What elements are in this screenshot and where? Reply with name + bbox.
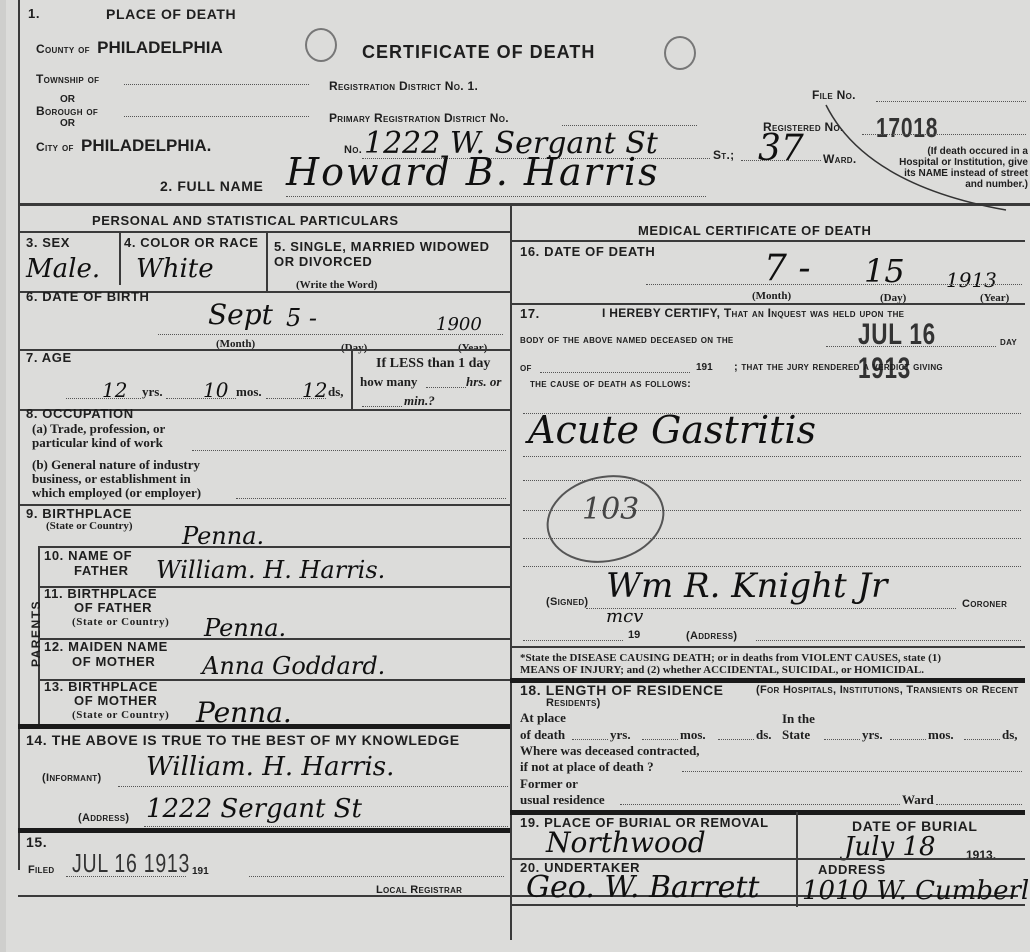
age-days-field[interactable] <box>266 398 326 399</box>
full-name-field[interactable] <box>286 196 706 197</box>
township-field[interactable] <box>124 84 309 85</box>
thick-divider <box>18 828 510 833</box>
father-bp-line1: 11. BIRTHPLACE <box>44 587 169 601</box>
residence-state-ds-field[interactable] <box>964 739 1000 740</box>
signature-subscript: mcv <box>606 606 643 627</box>
informant-address-value: 1222 Sergant St <box>146 794 362 824</box>
dod-month-value: 7 - <box>764 248 811 289</box>
informant-label: (Informant) <box>42 772 101 784</box>
occupation-trade-field[interactable] <box>192 450 506 451</box>
local-registrar-field[interactable] <box>249 876 504 877</box>
city-row: City of PHILADELPHIA. <box>36 136 211 156</box>
occupation-industry-field[interactable] <box>236 498 506 499</box>
punch-hole-left <box>305 28 337 62</box>
sex-value: Male. <box>26 254 100 284</box>
certify-section-number: 17. <box>520 306 540 321</box>
note-line1: *State the DISEASE CAUSING DEATH; or in … <box>520 652 1025 664</box>
parents-vertical-label: PARENTS <box>29 607 43 667</box>
city-label: City of <box>36 140 74 154</box>
full-name-label: 2. FULL NAME <box>160 178 263 194</box>
father-name-value: William. H. Harris. <box>156 556 385 584</box>
less-than-day-text: If LESS than 1 day <box>376 356 490 372</box>
personal-heading: PERSONAL AND STATISTICAL PARTICULARS <box>92 213 399 228</box>
residence-state-yrs-field[interactable] <box>824 739 860 740</box>
divider <box>510 240 1025 242</box>
marital-hint: (Write the Word) <box>296 279 377 291</box>
undertaker-value: Geo. W. Barrett <box>526 870 759 905</box>
hrs-or-label: hrs. or <box>466 374 501 390</box>
certify-191: 191 <box>696 362 713 373</box>
min-label: min.? <box>404 393 435 409</box>
coroner-address-field[interactable] <box>756 640 1021 641</box>
county-value: PHILADELPHIA <box>97 38 223 57</box>
certify-line3: ; that the jury rendered a verdict givin… <box>734 361 943 373</box>
mother-birthplace-label: 13. BIRTHPLACE OF MOTHER (State or Count… <box>44 680 169 722</box>
dob-year-value: 1900 <box>436 314 482 335</box>
occ-b-line2: business, or establishment in <box>32 472 201 486</box>
dob-field[interactable] <box>158 334 503 335</box>
ds-label: ds, <box>328 384 344 400</box>
occupation-a-label: (a) Trade, profession, or particular kin… <box>32 422 165 450</box>
mother-bp-line2: OF MOTHER <box>44 694 169 708</box>
inquest-month-field[interactable] <box>540 372 690 373</box>
mother-name-line2: OF MOTHER <box>44 654 168 669</box>
residence-yrs-label: yrs. <box>610 727 631 743</box>
township-label: Township of <box>36 72 99 86</box>
state-mos-label: mos. <box>928 727 954 743</box>
filed-label: Filed <box>28 864 54 876</box>
father-name-line1: 10. NAME OF <box>44 548 132 563</box>
center-divider <box>510 205 512 940</box>
note-line2: MEANS OF INJURY; and (2) whether ACCIDEN… <box>520 664 1025 676</box>
dod-month-hint: (Month) <box>752 290 791 302</box>
filed-section-number: 15. <box>26 834 47 850</box>
full-name-value: Howard B. Harris <box>286 150 660 194</box>
former-label-1: Former or <box>520 776 578 792</box>
county-label: County of <box>36 42 90 56</box>
mos-label: mos. <box>236 384 262 400</box>
cause-code-value: 103 <box>582 492 639 527</box>
residence-state-mos-field[interactable] <box>890 739 926 740</box>
how-many-label: how many <box>360 374 417 390</box>
cert-date-field[interactable] <box>523 640 623 641</box>
certificate-title: CERTIFICATE OF DEATH <box>362 42 595 63</box>
borough-row: Borough of <box>36 104 98 118</box>
filed-date-stamp: JUL 16 1913 <box>72 848 190 879</box>
occ-a-line1: (a) Trade, profession, or <box>32 422 165 436</box>
divider <box>510 904 1025 906</box>
age-years-field[interactable] <box>66 398 141 399</box>
undertaker-address-label: ADDRESS <box>818 862 886 877</box>
borough-label: Borough of <box>36 104 98 118</box>
in-the-label: In the <box>782 711 815 727</box>
left-border <box>18 0 20 870</box>
informant-field[interactable] <box>118 786 508 787</box>
residence-sub: (For Hospitals, Institutions, Transients… <box>546 684 1026 710</box>
contracted-label-1: Where was deceased contracted, <box>520 743 700 759</box>
dob-day-value: 5 - <box>286 304 317 332</box>
of-death-label: of death <box>520 727 565 743</box>
pen-stroke-mark <box>806 95 1026 215</box>
residence-place-yrs-field[interactable] <box>572 739 608 740</box>
coroner-address-label: (Address) <box>686 630 737 642</box>
marital-label: 5. SINGLE, MARRIED WIDOWED OR DIVORCED <box>274 239 514 269</box>
certify-line2: body of the above named deceased on the <box>520 334 734 346</box>
date-of-death-label: 16. DATE OF DEATH <box>520 244 655 259</box>
signed-label: (Signed) <box>546 596 588 608</box>
race-value: White <box>136 254 214 284</box>
dod-year-value: 1913 <box>946 268 997 292</box>
at-place-label: At place <box>520 710 566 726</box>
st-label: St.; <box>713 148 734 162</box>
divider <box>266 231 268 291</box>
residence-place-ds-field[interactable] <box>718 739 754 740</box>
or-2: OR <box>60 118 75 129</box>
occupation-b-label: (b) General nature of industry business,… <box>32 458 201 500</box>
divider <box>510 303 1025 305</box>
dob-label: 6. DATE OF BIRTH <box>26 289 149 304</box>
mother-name-label: 12. MAIDEN NAME OF MOTHER <box>44 639 168 669</box>
hours-field[interactable] <box>426 387 466 388</box>
informant-address-field[interactable] <box>144 826 508 827</box>
mother-name-line1: 12. MAIDEN NAME <box>44 639 168 654</box>
thick-divider <box>18 724 510 729</box>
race-label: 4. COLOR OR RACE <box>124 235 259 250</box>
burial-place-value: Northwood <box>546 826 706 859</box>
certify-line4: the cause of death as follows: <box>530 378 691 390</box>
divider <box>18 231 510 233</box>
former-residence-field[interactable] <box>620 804 900 805</box>
township-row: Township of <box>36 72 99 86</box>
state-ds-label: ds, <box>1002 727 1018 743</box>
former-label-2: usual residence <box>520 792 605 808</box>
borough-field[interactable] <box>124 116 309 117</box>
residence-mos-label: mos. <box>680 727 706 743</box>
divider <box>351 349 353 409</box>
state-label: State <box>782 727 810 743</box>
residence-ward-field[interactable] <box>936 804 1022 805</box>
mother-name-value: Anna Goddard. <box>202 652 385 680</box>
divider <box>119 231 121 285</box>
residence-place-mos-field[interactable] <box>642 739 678 740</box>
mother-bp-line1: 13. BIRTHPLACE <box>44 680 169 694</box>
age-label: 7. AGE <box>26 350 72 365</box>
informant-value: William. H. Harris. <box>146 752 394 782</box>
knowledge-statement: 14. THE ABOVE IS TRUE TO THE BEST OF MY … <box>26 732 460 748</box>
inquest-date-stamp: JUL 16 1913 <box>858 318 987 386</box>
divider <box>18 349 510 351</box>
cert-year-19: 19 <box>628 629 640 641</box>
residence-ward-label: Ward <box>902 792 934 808</box>
occ-a-line2: particular kind of work <box>32 436 165 450</box>
cause-line-2[interactable] <box>523 456 1021 457</box>
filed-field[interactable] <box>66 876 186 877</box>
primary-registration-district: Primary Registration District No. <box>329 111 509 125</box>
occ-b-line3: which employed (or employer) <box>32 486 201 500</box>
cause-of-death-value: Acute Gastritis <box>528 408 816 452</box>
day-hint: (Day) <box>341 342 367 354</box>
occupation-label: 8. OCCUPATION <box>26 406 134 421</box>
dob-month-value: Sept <box>208 298 273 331</box>
father-bp-hint: (State or Country) <box>44 615 169 629</box>
mother-bp-hint: (State or Country) <box>44 708 169 722</box>
certify-of: of <box>520 362 532 374</box>
registration-district: Registration District No. 1. <box>329 79 478 93</box>
undertaker-address-value: 1010 W. Cumberland <box>802 876 1030 906</box>
minutes-field[interactable] <box>362 406 402 407</box>
death-certificate: 1. PLACE OF DEATH County of PHILADELPHIA… <box>6 0 1030 952</box>
informant-address-label: (Address) <box>78 812 129 824</box>
father-bp-line2: OF FATHER <box>44 601 169 615</box>
place-of-death-heading: PLACE OF DEATH <box>106 6 236 22</box>
coroner-signature: Wm R. Knight Jr <box>606 566 887 606</box>
coroner-label: Coroner <box>962 598 1007 610</box>
occ-b-line1: (b) General nature of industry <box>32 458 201 472</box>
contracted-field[interactable] <box>682 771 1022 772</box>
birthplace-label: 9. BIRTHPLACE <box>26 506 132 521</box>
section-number: 1. <box>28 6 40 21</box>
ward-value: 37 <box>758 128 804 169</box>
father-name-label: 10. NAME OF FATHER <box>44 548 132 578</box>
county-row: County of PHILADELPHIA <box>36 38 223 58</box>
father-birthplace-label: 11. BIRTHPLACE OF FATHER (State or Count… <box>44 587 169 629</box>
year-hint: (Year) <box>458 342 487 354</box>
birthplace-hint: (State or Country) <box>46 520 133 532</box>
divider <box>510 646 1025 648</box>
cause-instructions-note: *State the DISEASE CAUSING DEATH; or in … <box>520 652 1025 676</box>
day-label: day <box>1000 336 1017 348</box>
yrs-label: yrs. <box>142 384 163 400</box>
dod-field[interactable] <box>646 284 1022 285</box>
state-yrs-label: yrs. <box>862 727 883 743</box>
punch-hole-right <box>664 36 696 70</box>
city-value: PHILADELPHIA. <box>81 136 211 155</box>
filed-191: 191 <box>192 866 209 877</box>
father-name-line2: FATHER <box>44 563 132 578</box>
sex-label: 3. SEX <box>26 235 70 250</box>
medical-heading: MEDICAL CERTIFICATE OF DEATH <box>638 223 871 238</box>
residence-ds-label: ds. <box>756 727 772 743</box>
age-months-field[interactable] <box>166 398 236 399</box>
contracted-label-2: if not at place of death ? <box>520 759 654 775</box>
